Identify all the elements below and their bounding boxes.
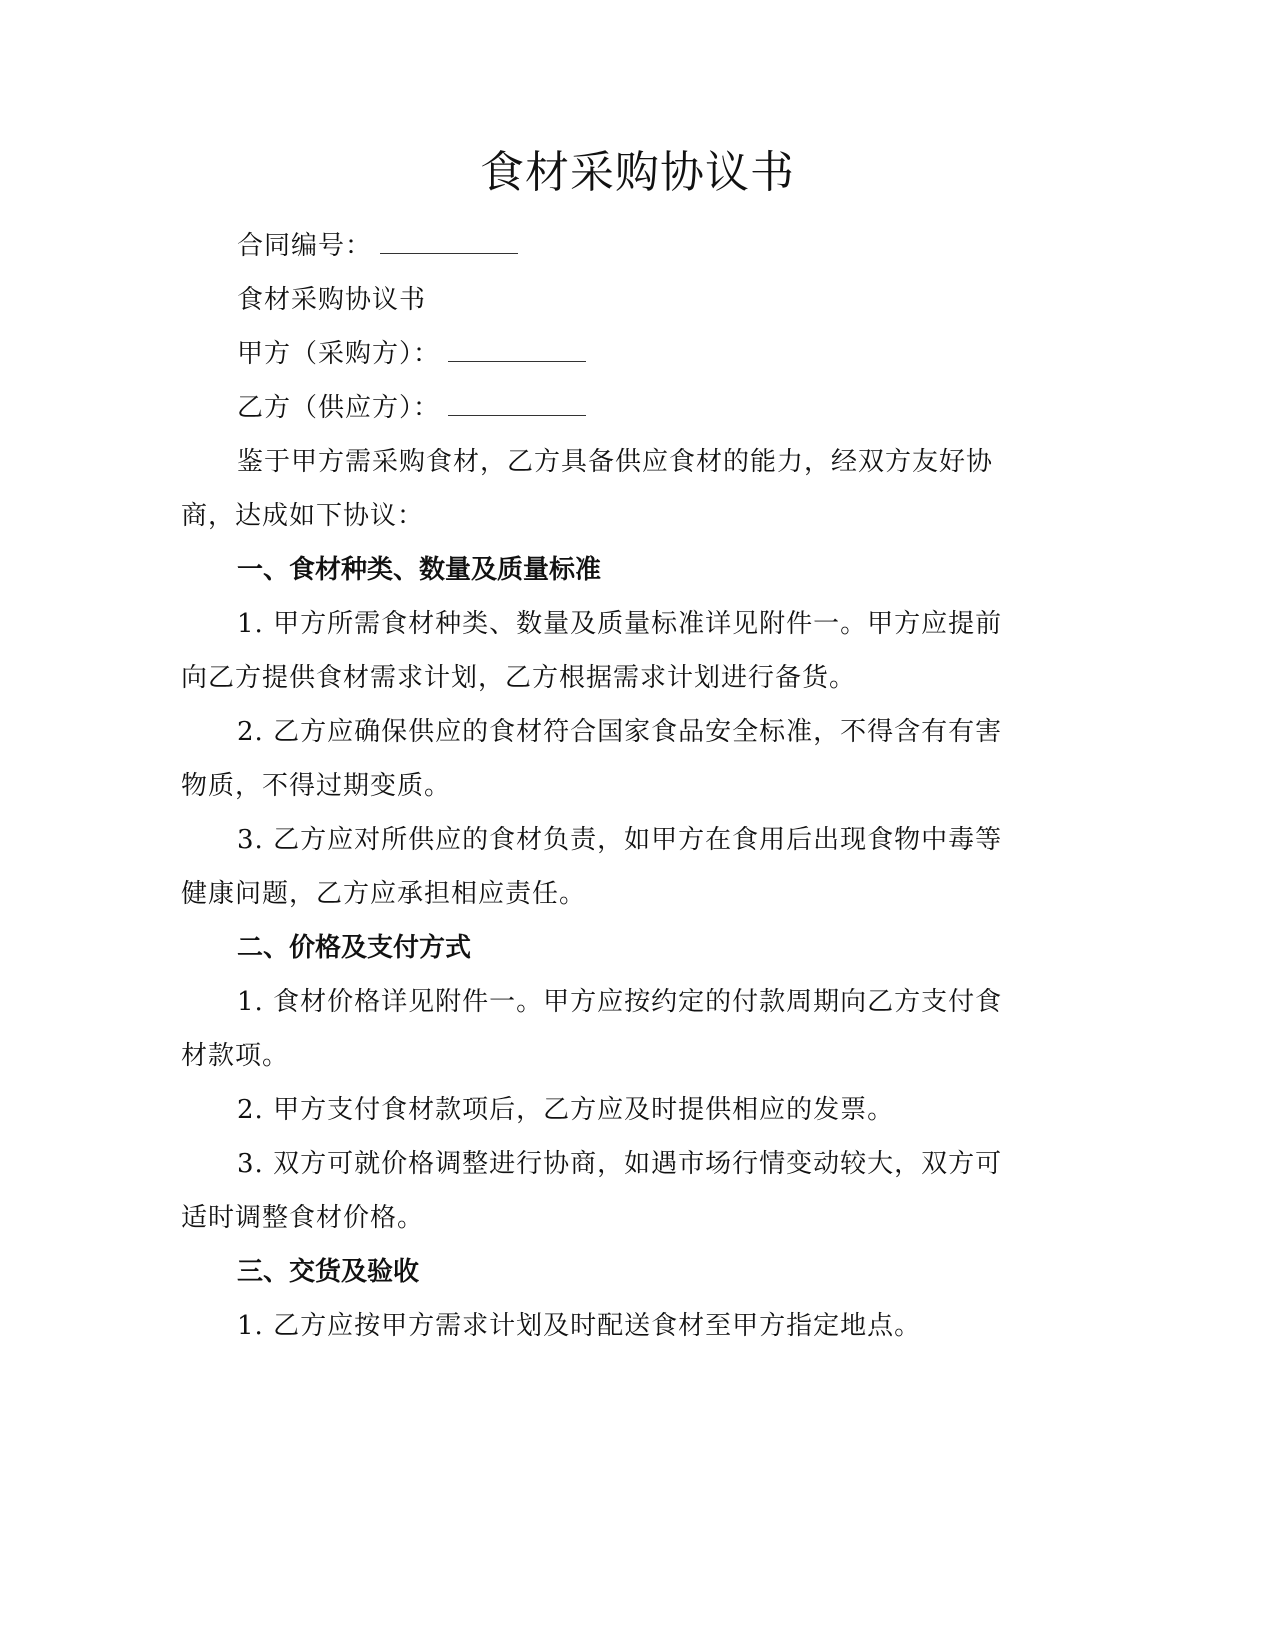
party-b-blank[interactable]	[448, 391, 586, 416]
party-a-label: 甲方（采购方）：	[237, 339, 440, 369]
section-2-clause-3-line-2: 适时调整食材价格。	[181, 1200, 424, 1236]
section-1-heading: 一、食材种类、数量及质量标准	[237, 552, 601, 588]
contract-number-label: 合同编号：	[237, 231, 372, 261]
contract-number-blank[interactable]	[380, 229, 518, 254]
section-2-clause-2-line-1: 2. 甲方支付食材款项后，乙方应及时提供相应的发票。	[237, 1092, 894, 1128]
section-1-clause-3-line-2: 健康问题，乙方应承担相应责任。	[181, 876, 586, 912]
section-1-clause-1-line-1: 1. 甲方所需食材种类、数量及质量标准详见附件一。甲方应提前	[237, 606, 1002, 642]
document-title: 食材采购协议书	[0, 145, 1275, 201]
preamble-line-2: 商，达成如下协议：	[181, 498, 424, 534]
document-page: 食材采购协议书 合同编号： 食材采购协议书 甲方（采购方）： 乙方（供应方）： …	[0, 0, 1275, 1650]
section-3-heading: 三、交货及验收	[237, 1254, 419, 1290]
section-1-clause-2-line-1: 2. 乙方应确保供应的食材符合国家食品安全标准，不得含有有害	[237, 714, 1002, 750]
section-2-clause-1-line-2: 材款项。	[181, 1038, 289, 1074]
section-2-clause-1-line-1: 1. 食材价格详见附件一。甲方应按约定的付款周期向乙方支付食	[237, 984, 1002, 1020]
preamble-line-1: 鉴于甲方需采购食材，乙方具备供应食材的能力，经双方友好协	[237, 444, 993, 480]
party-a-blank[interactable]	[448, 337, 586, 362]
party-b-row: 乙方（供应方）：	[237, 390, 586, 426]
section-2-heading: 二、价格及支付方式	[237, 930, 471, 966]
party-a-row: 甲方（采购方）：	[237, 336, 586, 372]
party-b-label: 乙方（供应方）：	[237, 393, 440, 423]
section-3-clause-1-line-1: 1. 乙方应按甲方需求计划及时配送食材至甲方指定地点。	[237, 1308, 921, 1344]
section-1-clause-2-line-2: 物质，不得过期变质。	[181, 768, 451, 804]
section-2-clause-3-line-1: 3. 双方可就价格调整进行协商，如遇市场行情变动较大，双方可	[237, 1146, 1002, 1182]
section-1-clause-1-line-2: 向乙方提供食材需求计划，乙方根据需求计划进行备货。	[181, 660, 856, 696]
contract-number-row: 合同编号：	[237, 228, 518, 264]
document-subtitle: 食材采购协议书	[237, 282, 426, 318]
section-1-clause-3-line-1: 3. 乙方应对所供应的食材负责，如甲方在食用后出现食物中毒等	[237, 822, 1002, 858]
